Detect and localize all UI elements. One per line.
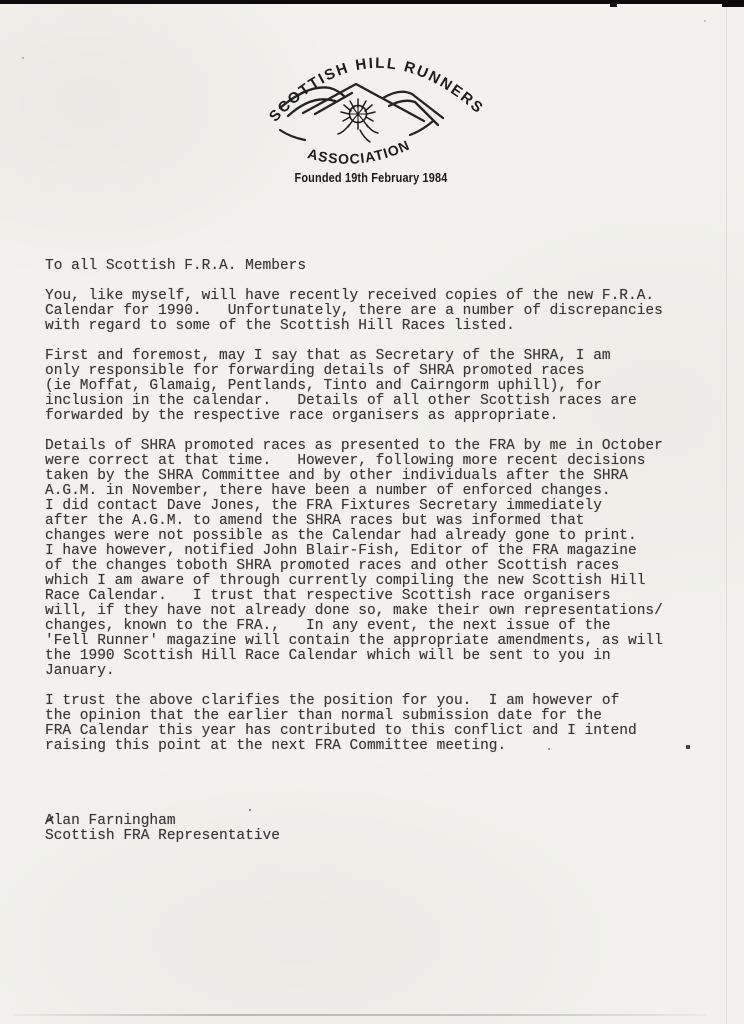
paragraph-1: You, like myself, will have recently rec… bbox=[45, 289, 717, 334]
scan-crease-right bbox=[726, 7, 727, 1024]
letter-line: only responsible for forwarding details … bbox=[45, 364, 717, 379]
paragraph-2: First and foremost, may I say that as Se… bbox=[45, 349, 717, 424]
svg-text:ASSOCIATION: ASSOCIATION bbox=[306, 137, 412, 167]
letter-line: A.G.M. in November, there have been a nu… bbox=[45, 484, 717, 499]
letter-line: taken by the SHRA Committee and by other… bbox=[45, 469, 717, 484]
scan-edge-notch bbox=[610, 3, 617, 7]
letter-line: will, if they have not already done so, … bbox=[45, 604, 717, 619]
letter-line: changes, known to the FRA., In any event… bbox=[45, 619, 717, 634]
letter-page: SCOTTISH HILL RUNNERS ASSOCIATION Founde… bbox=[0, 0, 744, 1024]
scan-speck bbox=[22, 57, 24, 59]
letter-line: You, like myself, will have recently rec… bbox=[45, 289, 717, 304]
letter-line: I did contact Dave Jones, the FRA Fixtur… bbox=[45, 499, 717, 514]
letter-line: January. bbox=[45, 664, 717, 679]
shra-emblem: SCOTTISH HILL RUNNERS ASSOCIATION Founde… bbox=[252, 46, 502, 191]
letter-line: 'Fell Runner' magazine will contain the … bbox=[45, 634, 717, 649]
letter-line: I trust the above clarifies the position… bbox=[45, 694, 717, 709]
letter-line: were correct at that time. However, foll… bbox=[45, 454, 717, 469]
letter-line: the 1990 Scottish Hill Race Calendar whi… bbox=[45, 649, 717, 664]
scan-speck bbox=[704, 20, 706, 22]
scan-line-bottom bbox=[14, 1014, 706, 1016]
letter-line: after the A.G.M. to amend the SHRA races… bbox=[45, 514, 717, 529]
emblem-founded-text: Founded 19th February 1984 bbox=[295, 171, 448, 185]
emblem-right-dash bbox=[410, 121, 433, 135]
paragraph-3: Details of SHRA promoted races as presen… bbox=[45, 439, 717, 679]
letter-line: which I am aware of through currently co… bbox=[45, 574, 717, 589]
emblem-arc-top-text: SCOTTISH HILL RUNNERS bbox=[266, 55, 487, 126]
paragraph-4: I trust the above clarifies the position… bbox=[45, 694, 717, 754]
salutation: To all Scottish F.R.A. Members bbox=[45, 259, 717, 274]
letter-line: inclusion in the calendar. Details of al… bbox=[45, 394, 717, 409]
scan-edge-top bbox=[0, 0, 744, 4]
signature-title: Scottish FRA Representative bbox=[45, 829, 717, 844]
letter-line: Details of SHRA promoted races as presen… bbox=[45, 439, 717, 454]
signature-name: Alan Farningham bbox=[45, 814, 717, 829]
letter-line: FRA Calendar this year has contributed t… bbox=[45, 724, 717, 739]
scan-edge-top-right-corner bbox=[722, 0, 744, 7]
letter-line: (ie Moffat, Glamaig, Pentlands, Tinto an… bbox=[45, 379, 717, 394]
signature-block: Alan Farningham Scottish FRA Representat… bbox=[45, 814, 717, 844]
letter-line: of the changes toboth SHRA promoted race… bbox=[45, 559, 717, 574]
letter-line: changes were not possible as the Calenda… bbox=[45, 529, 717, 544]
letter-line: Calendar for 1990. Unfortunately, there … bbox=[45, 304, 717, 319]
svg-text:SCOTTISH HILL RUNNERS: SCOTTISH HILL RUNNERS bbox=[266, 55, 487, 126]
emblem-arc-bottom-text: ASSOCIATION bbox=[306, 137, 412, 167]
letter-line: First and foremost, may I say that as Se… bbox=[45, 349, 717, 364]
salutation-line: To all Scottish F.R.A. Members bbox=[45, 259, 717, 274]
letter-line: with regard to some of the Scottish Hill… bbox=[45, 319, 717, 334]
letter-line: forwarded by the respective race organis… bbox=[45, 409, 717, 424]
thistle-icon bbox=[338, 99, 378, 142]
emblem-left-dash bbox=[280, 130, 305, 140]
letter-body: To all Scottish F.R.A. Members You, like… bbox=[45, 259, 717, 844]
letter-line: raising this point at the next FRA Commi… bbox=[45, 739, 717, 754]
letter-line: Race Calendar. I trust that respective S… bbox=[45, 589, 717, 604]
letter-line: I have however, notified John Blair-Fish… bbox=[45, 544, 717, 559]
letter-line: the opinion that the earlier than normal… bbox=[45, 709, 717, 724]
